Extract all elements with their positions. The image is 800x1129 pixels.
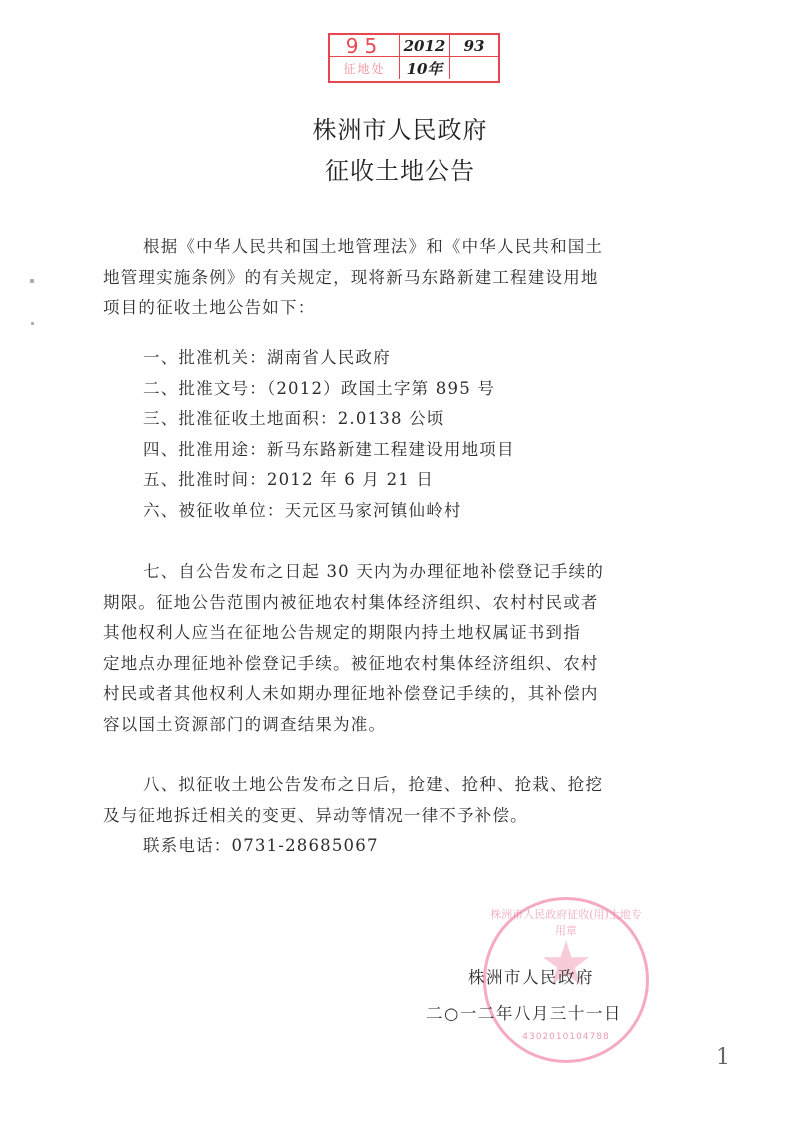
- stamp-number: 95: [346, 34, 383, 58]
- item-value: 湖南省人民政府: [267, 348, 391, 367]
- item-8-paragraph: 八、拟征收土地公告发布之日后，抢建、抢种、抢栽、抢挖 及与征地拆迁相关的变更、异…: [103, 770, 703, 862]
- intro-line: 根据《中华人民共和国土地管理法》和《中华人民共和国土: [103, 232, 703, 263]
- intro-line: 项目的征收土地公告如下：: [103, 293, 703, 324]
- item-value: 新马东路新建工程建设用地项目: [267, 440, 515, 459]
- stamp-empty-cell: [450, 57, 498, 79]
- paragraph-line: 其他权利人应当在征地公告规定的期限内持土地权属证书到指: [103, 618, 703, 649]
- receipt-stamp: 95 2012 93 征地处 10年: [328, 33, 500, 83]
- item-label: 五、批准时间：: [143, 470, 267, 489]
- item-value: 2012 年 6 月 21 日: [267, 470, 434, 489]
- scan-speck: [31, 322, 34, 325]
- handwritten-term: 10年: [407, 58, 443, 79]
- paragraph-line: 期限。征地公告范围内被征地农村集体经济组织、农村村民或者: [103, 588, 703, 619]
- stamp-number-cell: 95: [330, 35, 400, 57]
- intro-paragraph: 根据《中华人民共和国土地管理法》和《中华人民共和国土 地管理实施条例》的有关规定…: [103, 232, 703, 324]
- handwritten-year: 2012: [404, 37, 446, 55]
- signature-date: 二○一二年八月三十一日: [426, 1000, 622, 1024]
- item-label: 四、批准用途：: [143, 440, 267, 459]
- paragraph-line: 七、自公告发布之日起 30 天内为办理征地补偿登记手续的: [103, 557, 703, 588]
- contact-phone: 联系电话：0731-28685067: [103, 831, 703, 862]
- paragraph-line: 定地点办理征地补偿登记手续。被征地农村集体经济组织、农村: [103, 649, 703, 680]
- item-approval-date: 五、批准时间：2012 年 6 月 21 日: [103, 465, 703, 496]
- items-list: 一、批准机关：湖南省人民政府 二、批准文号：（2012）政国土字第 895 号 …: [103, 343, 703, 526]
- stamp-year-cell: 2012: [400, 35, 450, 57]
- item-label: 二、批准文号：: [143, 379, 267, 398]
- item-label: 六、被征收单位：: [143, 501, 285, 520]
- scan-speck: [30, 279, 34, 283]
- item-approval-number: 二、批准文号：（2012）政国土字第 895 号: [103, 374, 703, 405]
- item-approving-authority: 一、批准机关：湖南省人民政府: [103, 343, 703, 374]
- item-7-paragraph: 七、自公告发布之日起 30 天内为办理征地补偿登记手续的 期限。征地公告范围内被…: [103, 557, 703, 740]
- item-value: （2012）政国土字第 895 号: [267, 379, 495, 398]
- signature-issuer: 株洲市人民政府: [468, 964, 594, 988]
- item-label: 一、批准机关：: [143, 348, 267, 367]
- handwritten-seq: 93: [464, 37, 485, 55]
- item-purpose: 四、批准用途：新马东路新建工程建设用地项目: [103, 435, 703, 466]
- stamp-seq-cell: 93: [450, 35, 498, 57]
- item-expropriated-unit: 六、被征收单位：天元区马家河镇仙岭村: [103, 496, 703, 527]
- paragraph-line: 容以国土资源部门的调查结果为准。: [103, 710, 703, 741]
- issuer-heading: 株洲市人民政府: [0, 110, 800, 145]
- item-label: 三、批准征收土地面积：: [143, 409, 338, 428]
- intro-line: 地管理实施条例》的有关规定，现将新马东路新建工程建设用地: [103, 263, 703, 294]
- seal-code: 4302010104788: [486, 1032, 646, 1042]
- paragraph-line: 八、拟征收土地公告发布之日后，抢建、抢种、抢栽、抢挖: [103, 770, 703, 801]
- stamp-dept: 征地处: [343, 60, 385, 77]
- page-title: 征收土地公告: [0, 151, 800, 186]
- item-value: 天元区马家河镇仙岭村: [285, 501, 462, 520]
- stamp-term-cell: 10年: [400, 57, 450, 79]
- item-value: 2.0138 公顷: [338, 409, 445, 428]
- stamp-dept-cell: 征地处: [330, 57, 400, 79]
- page-number: 1: [716, 1045, 730, 1070]
- paragraph-line: 及与征地拆迁相关的变更、异动等情况一律不予补偿。: [103, 801, 703, 832]
- paragraph-line: 村民或者其他权利人未如期办理征地补偿登记手续的，其补偿内: [103, 679, 703, 710]
- item-land-area: 三、批准征收土地面积：2.0138 公顷: [103, 404, 703, 435]
